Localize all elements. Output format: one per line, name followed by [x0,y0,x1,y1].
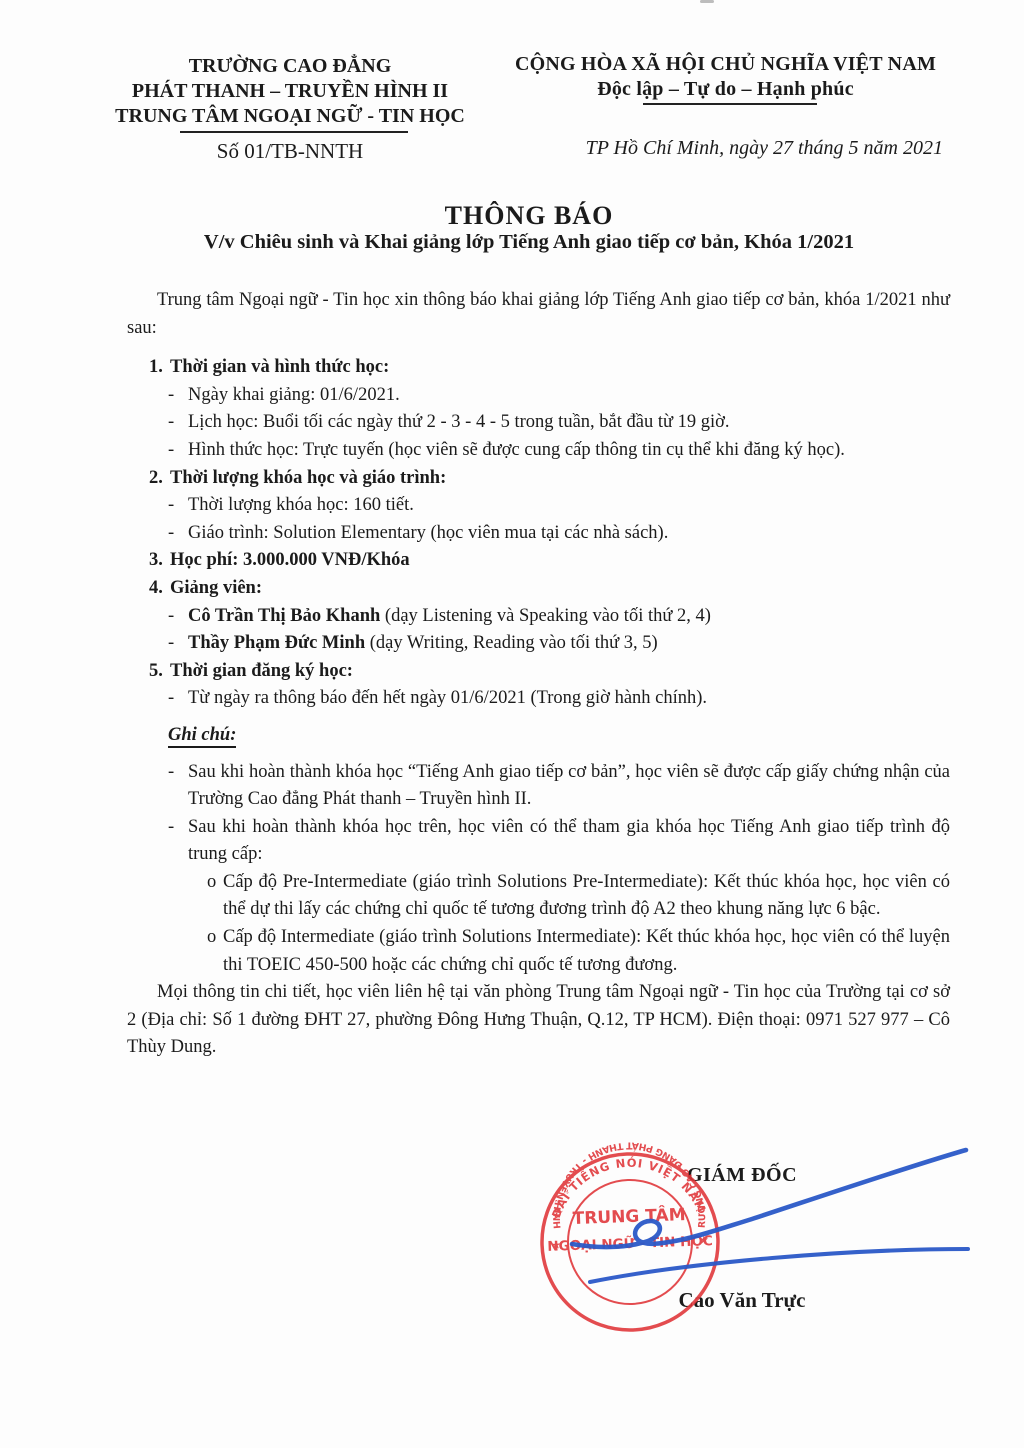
list-item-text: Thời lượng khóa học: 160 tiết. [188,495,414,515]
dash-bullet: - [168,492,188,520]
list-item-text: Ngày khai giảng: 01/6/2021. [188,385,400,405]
note-text: Sau khi hoàn thành khóa học “Tiếng Anh g… [188,762,950,810]
dash-bullet: - [168,759,188,787]
list-item: -Cô Trần Thị Bảo Khanh (dạy Listening và… [127,603,950,631]
dash-bullet: - [168,409,188,437]
note-item: -Sau khi hoàn thành khóa học “Tiếng Anh … [127,759,950,814]
stamp-center-line-1: TRUNG TÂM [572,1203,686,1229]
circle-bullet: o [207,924,223,952]
dash-bullet: - [168,382,188,410]
document-number: Số 01/TB-NNTH [85,139,495,164]
list-item-text: Giáo trình: Solution Elementary (học viê… [188,523,668,543]
list-item: -Thầy Phạm Đức Minh (dạy Writing, Readin… [127,630,950,658]
section-3: 3.Học phí: 3.000.000 VNĐ/Khóa [127,547,950,575]
list-item-text: Hình thức học: Trực tuyến (học viên sẽ đ… [188,440,845,460]
dash-bullet: - [168,520,188,548]
notes-heading-row: Ghi chú: [168,722,950,750]
document-page: TRƯỜNG CAO ĐẲNG PHÁT THANH – TRUYỀN HÌNH… [0,0,1024,1448]
note-sub-item: oCấp độ Pre-Intermediate (giáo trình Sol… [127,869,950,924]
list-item-text: Từ ngày ra thông báo đến hết ngày 01/6/2… [188,688,707,708]
section-number: 2. [149,465,170,493]
org-line-2: PHÁT THANH – TRUYỀN HÌNH II [85,79,495,104]
place-date-line: TP Hồ Chí Minh, ngày 27 tháng 5 năm 2021 [495,137,943,160]
dash-bullet: - [168,437,188,465]
section-heading: 4.Giảng viên: [127,575,950,603]
note-text: Sau khi hoàn thành khóa học trên, học vi… [188,817,950,865]
national-motto-line-1: CỘNG HÒA XÃ HỘI CHỦ NGHĨA VIỆT NAM [495,52,956,77]
notes-heading: Ghi chú: [168,725,236,748]
section-number: 5. [149,658,170,686]
org-header: TRƯỜNG CAO ĐẲNG PHÁT THANH – TRUYỀN HÌNH… [85,54,495,129]
dash-bullet: - [168,814,188,842]
national-header: CỘNG HÒA XÃ HỘI CHỦ NGHĨA VIỆT NAM Độc l… [495,52,956,102]
dash-bullet: - [168,630,188,658]
list-item: -Từ ngày ra thông báo đến hết ngày 01/6/… [127,685,950,713]
circle-bullet: o [207,869,223,897]
section-title: Học phí: 3.000.000 VNĐ/Khóa [170,550,410,570]
section-heading: 3.Học phí: 3.000.000 VNĐ/Khóa [127,547,950,575]
list-item: -Hình thức học: Trực tuyến (học viên sẽ … [127,437,950,465]
document-body: Trung tâm Ngoại ngữ - Tin học xin thông … [127,287,950,1062]
org-line-3: TRUNG TÂM NGOẠI NGỮ - TIN HỌC [85,104,495,129]
section-4: 4.Giảng viên: -Cô Trần Thị Bảo Khanh (dạ… [127,575,950,658]
section-5: 5.Thời gian đăng ký học: -Từ ngày ra thô… [127,658,950,713]
contact-paragraph: Mọi thông tin chi tiết, học viên liên hệ… [127,979,950,1062]
list-item: -Thời lượng khóa học: 160 tiết. [127,492,950,520]
dash-bullet: - [168,603,188,631]
signature-underline-stroke [590,1249,968,1282]
section-title: Thời gian và hình thức học: [170,357,389,377]
section-title: Thời gian đăng ký học: [170,661,353,681]
list-item: -Giáo trình: Solution Elementary (học vi… [127,520,950,548]
intro-paragraph: Trung tâm Ngoại ngữ - Tin học xin thông … [127,287,950,342]
dash-bullet: - [168,685,188,713]
org-line-1: TRƯỜNG CAO ĐẲNG [85,54,495,79]
note-sub-item: oCấp độ Intermediate (giáo trình Solutio… [127,924,950,979]
section-number: 1. [149,354,170,382]
document-title: THÔNG BÁO [127,201,931,231]
stamp-and-signature: ĐÀI TIẾNG NÓI VIỆT NAM TRƯỜNG CAO ĐẲNG P… [500,1115,1000,1360]
teacher-name: Thầy Phạm Đức Minh [188,633,365,653]
teacher-name: Cô Trần Thị Bảo Khanh [188,606,380,626]
section-heading: 2.Thời lượng khóa học và giáo trình: [127,465,950,493]
notes-list: -Sau khi hoàn thành khóa học “Tiếng Anh … [127,759,950,980]
section-heading: 5.Thời gian đăng ký học: [127,658,950,686]
list-item-text: (dạy Listening và Speaking vào tối thứ 2… [380,606,711,626]
official-stamp: ĐÀI TIẾNG NÓI VIỆT NAM TRƯỜNG CAO ĐẲNG P… [500,1115,721,1352]
section-title: Giảng viên: [170,578,262,598]
section-number: 4. [149,575,170,603]
section-1: 1.Thời gian và hình thức học: -Ngày khai… [127,354,950,464]
list-item: -Lịch học: Buổi tối các ngày thứ 2 - 3 -… [127,409,950,437]
note-sub-text: Cấp độ Pre-Intermediate (giáo trình Solu… [223,872,950,920]
document-subtitle: V/v Chiêu sinh và Khai giảng lớp Tiếng A… [127,231,931,254]
note-item: -Sau khi hoàn thành khóa học trên, học v… [127,814,950,869]
national-motto-line-2: Độc lập – Tự do – Hạnh phúc [495,77,956,102]
list-item: -Ngày khai giảng: 01/6/2021. [127,382,950,410]
org-header-underline [180,131,408,133]
list-item-text: (dạy Writing, Reading vào tối thứ 3, 5) [365,633,658,653]
section-heading: 1.Thời gian và hình thức học: [127,354,950,382]
scan-artifact [700,0,714,3]
motto-underline [643,103,817,105]
section-number: 3. [149,547,170,575]
section-title: Thời lượng khóa học và giáo trình: [170,468,446,488]
list-item-text: Lịch học: Buổi tối các ngày thứ 2 - 3 - … [188,412,730,432]
section-2: 2.Thời lượng khóa học và giáo trình: -Th… [127,465,950,548]
note-sub-text: Cấp độ Intermediate (giáo trình Solution… [223,927,950,975]
numbered-sections: 1.Thời gian và hình thức học: -Ngày khai… [127,354,950,713]
